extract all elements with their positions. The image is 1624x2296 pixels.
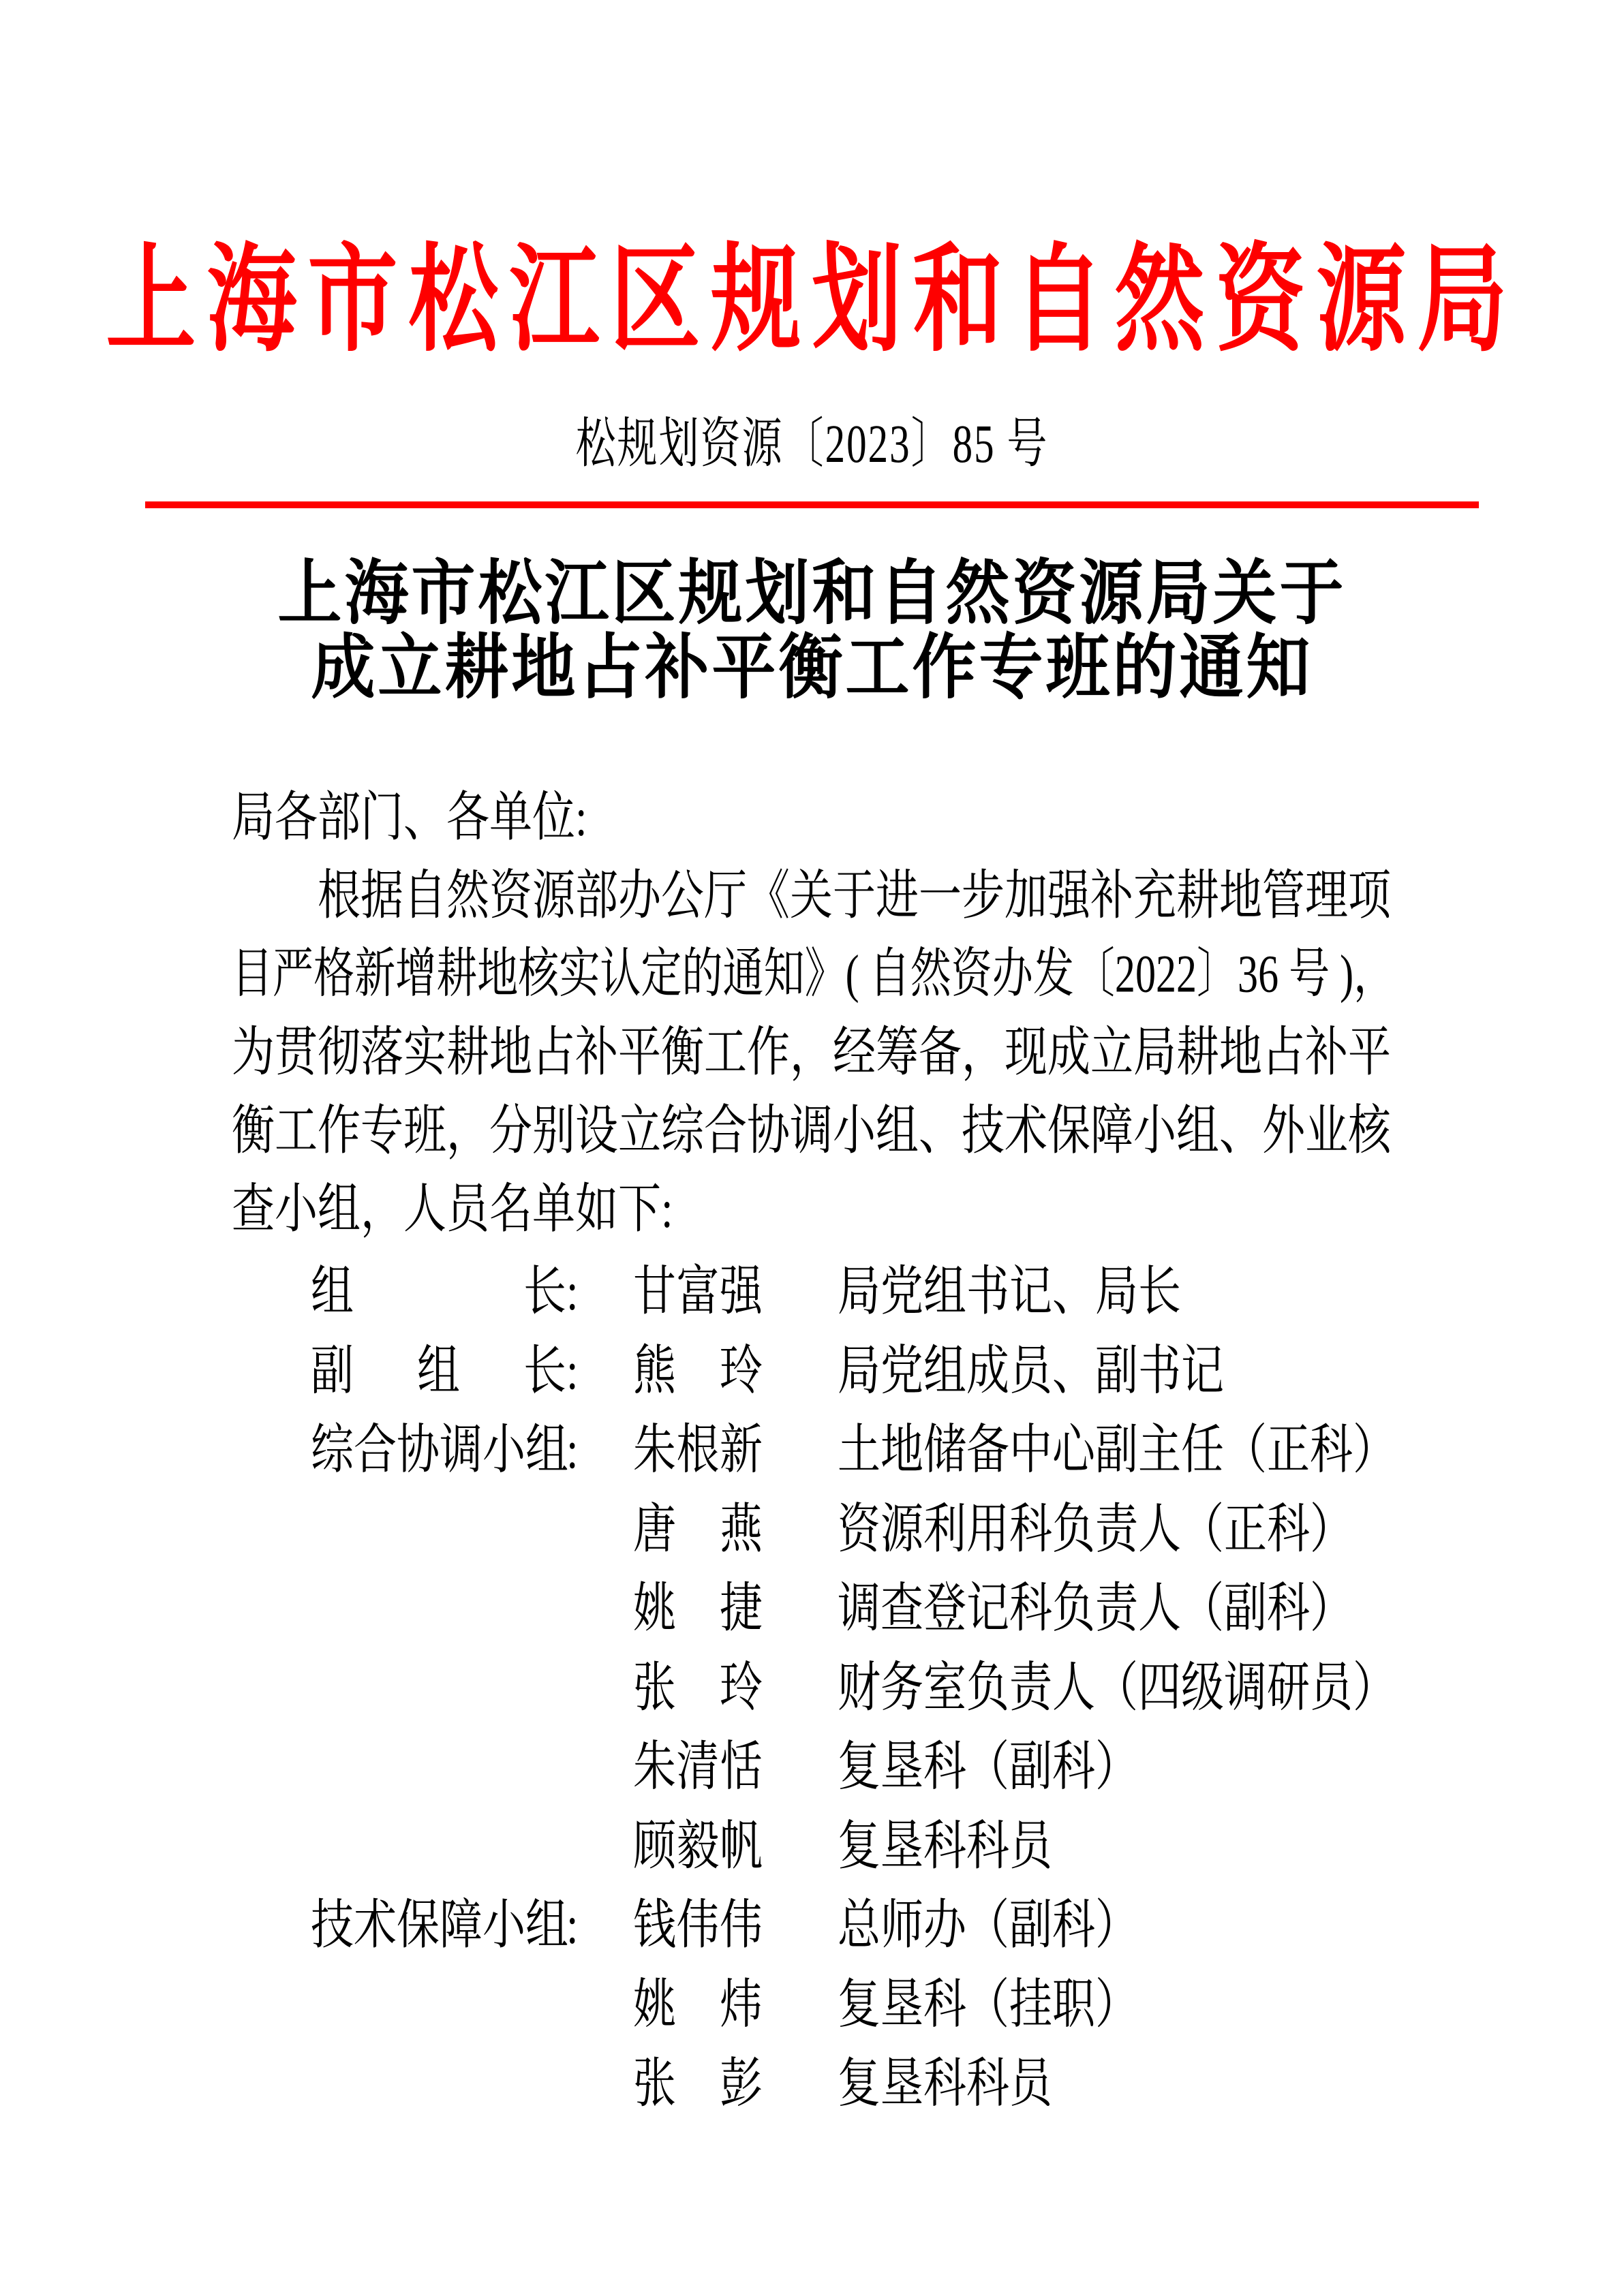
roster-person-title: 复垦科（挂职） [838, 1965, 1138, 2043]
roster-person-title: 局党组成员、副书记 [838, 1331, 1224, 1410]
roster-person-name: 姚炜 [633, 1965, 763, 2043]
roster-row: 张玲 财务室负责人（四级调研员） [232, 1647, 1394, 1726]
roster-colon: : [566, 1331, 594, 1410]
roster-role-label: 技术保障小组 [311, 1886, 566, 1964]
doc-number: 松规划资源〔2023〕85 号 [0, 417, 1624, 471]
body-line-2: 目严格新增耕地核实认定的通知》( 自然资办发〔2022〕36 号 )， [232, 935, 1340, 1013]
roster-person-title: 调查登记科负责人（副科） [838, 1569, 1353, 1647]
roster-person-title: 资源利用科负责人（正科） [838, 1489, 1353, 1568]
org-header-title: 上海市松江区规划和自然资源局 [0, 243, 1624, 360]
roster-person-name: 朱根新 [633, 1410, 763, 1489]
body-line-5: 查小组，人员名单如下: [232, 1170, 1394, 1248]
roster-row: 组长 : 甘富强 局党组书记、局长 [232, 1252, 1394, 1331]
roster-row: 朱清恬 复垦科（副科） [232, 1727, 1394, 1806]
roster-row: 顾毅帆 复垦科科员 [232, 1806, 1394, 1885]
roster-row: 综合协调小组 : 朱根新 土地储备中心副主任（正科） [232, 1410, 1394, 1489]
roster-person-name: 熊玲 [633, 1331, 763, 1410]
roster-row: 副组长 : 熊玲 局党组成员、副书记 [232, 1331, 1394, 1410]
roster-person-name: 张彭 [633, 2044, 763, 2122]
roster-colon: : [566, 1410, 594, 1489]
roster-row: 姚炜 复垦科（挂职） [232, 1964, 1394, 2043]
roster-role-label: 综合协调小组 [311, 1410, 566, 1489]
roster-person-name: 朱清恬 [633, 1727, 763, 1805]
roster-person-name: 唐燕 [633, 1489, 763, 1568]
roster-row: 姚捷 调查登记科负责人（副科） [232, 1568, 1394, 1647]
roster-person-title: 土地储备中心副主任（正科） [838, 1410, 1396, 1489]
document-body: 局各部门、各单位: 根据自然资源部办公厅《关于进一步加强补充耕地管理项 目严格新… [232, 778, 1394, 2123]
roster-person-name: 姚捷 [633, 1569, 763, 1647]
red-divider-rule [145, 501, 1479, 508]
doc-title-line-2: 成立耕地占补平衡工作专班的通知 [0, 632, 1624, 706]
roster-person-title: 复垦科科员 [838, 1806, 1052, 1884]
body-line-3: 为贯彻落实耕地占补平衡工作，经筹备，现成立局耕地占补平 [232, 1013, 1394, 1091]
roster-row: 唐燕 资源利用科负责人（正科） [232, 1489, 1394, 1568]
roster-row: 张彭 复垦科科员 [232, 2044, 1394, 2123]
roster-role-label: 副组长 [311, 1331, 566, 1410]
roster-colon: : [566, 1886, 594, 1964]
roster-person-title: 复垦科（副科） [838, 1727, 1138, 1805]
roster-role-label: 组长 [311, 1252, 566, 1331]
roster-row: 技术保障小组 : 钱伟伟 总师办（副科） [232, 1885, 1394, 1964]
roster-person-title: 总师办（副科） [838, 1886, 1138, 1964]
doc-title: 上海市松江区规划和自然资源局关于 成立耕地占补平衡工作专班的通知 [0, 557, 1624, 706]
salutation: 局各部门、各单位: [232, 778, 1394, 856]
personnel-roster: 组长 : 甘富强 局党组书记、局长 副组长 : 熊玲 局党组成员、副书记 综合协… [232, 1252, 1394, 2123]
roster-colon: : [566, 1252, 594, 1331]
body-line-1: 根据自然资源部办公厅《关于进一步加强补充耕地管理项 [232, 856, 1394, 935]
doc-title-line-1: 上海市松江区规划和自然资源局关于 [0, 557, 1624, 632]
roster-person-name: 张玲 [633, 1648, 763, 1726]
body-line-4: 衡工作专班，分别设立综合协调小组、技术保障小组、外业核 [232, 1091, 1394, 1170]
roster-person-name: 顾毅帆 [633, 1806, 763, 1884]
roster-person-title: 财务室负责人（四级调研员） [838, 1648, 1396, 1726]
roster-person-name: 甘富强 [633, 1252, 763, 1331]
roster-person-title: 复垦科科员 [838, 2044, 1052, 2122]
official-notice-page: 上海市松江区规划和自然资源局 松规划资源〔2023〕85 号 上海市松江区规划和… [0, 0, 1624, 2296]
roster-person-title: 局党组书记、局长 [838, 1252, 1181, 1331]
roster-person-name: 钱伟伟 [633, 1886, 763, 1964]
